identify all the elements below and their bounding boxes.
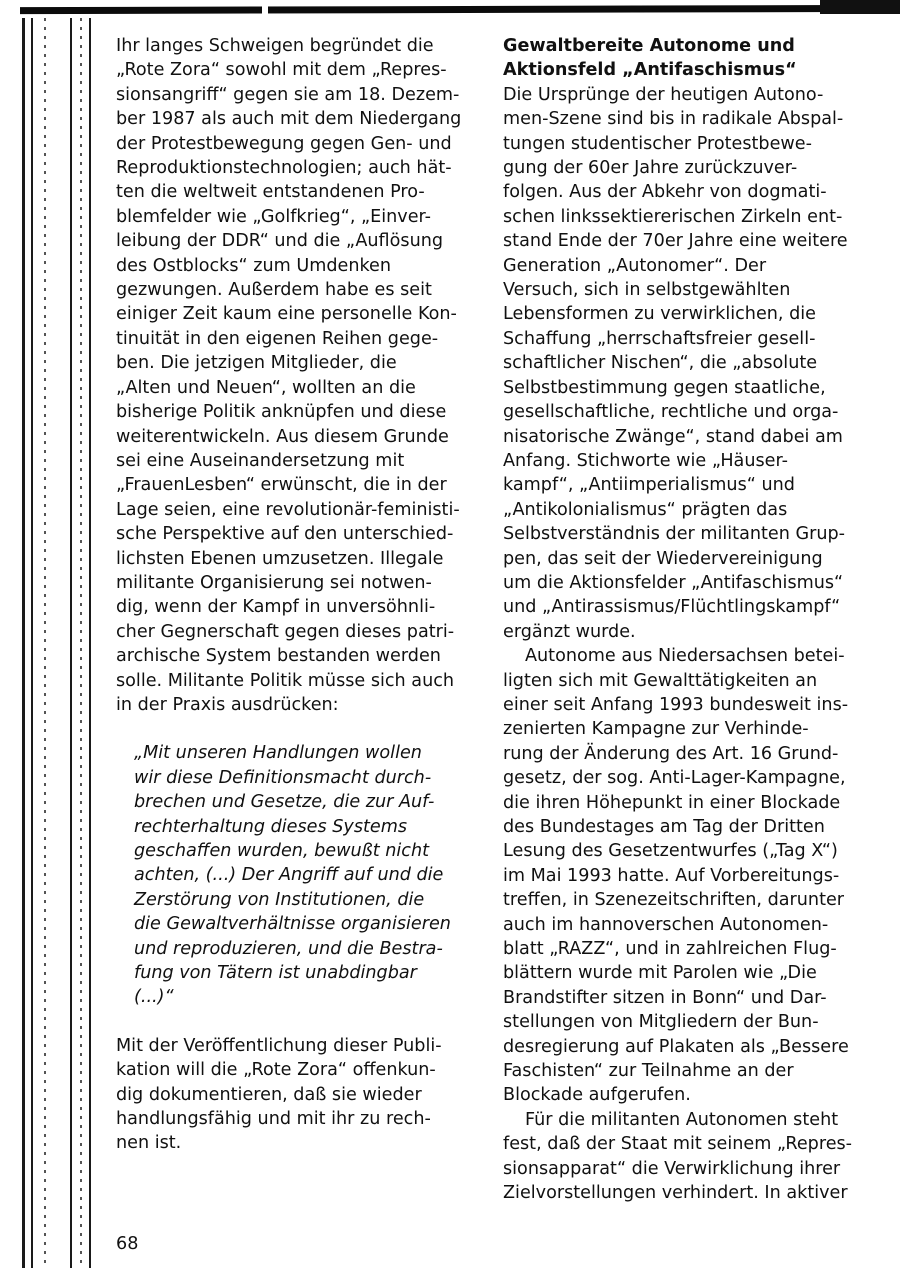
binding-line [22, 18, 25, 1268]
body-paragraph: Ihr langes Schweigen begründet die „Rote… [116, 34, 482, 717]
body-paragraph: Autonome aus Niedersachsen betei- ligten… [503, 644, 869, 1108]
binding-dots [44, 18, 46, 1268]
binding-line [31, 18, 33, 1268]
scan-binding-edge [22, 18, 94, 1268]
scan-top-border-gap [262, 5, 268, 14]
binding-dots [80, 18, 82, 1268]
left-column: Ihr langes Schweigen begründet die „Rote… [116, 34, 482, 1156]
body-paragraph: Mit der Veröffentlichung dieser Publi- k… [116, 1034, 482, 1156]
body-paragraph: Die Ursprünge der heutigen Autono- men-S… [503, 83, 869, 644]
scan-top-border [20, 5, 900, 14]
page-number: 68 [116, 1234, 138, 1254]
binding-line [89, 18, 91, 1268]
body-paragraph: Für die militanten Autonomen steht fest,… [503, 1108, 869, 1206]
right-column: Gewaltbereite Autonome und Aktionsfeld „… [503, 34, 869, 1206]
section-heading: Gewaltbereite Autonome und Aktionsfeld „… [503, 34, 869, 83]
binding-line [70, 18, 72, 1268]
block-quote: „Mit unseren Handlungen wollen wir diese… [116, 741, 482, 1009]
scan-corner-shadow [820, 0, 900, 14]
